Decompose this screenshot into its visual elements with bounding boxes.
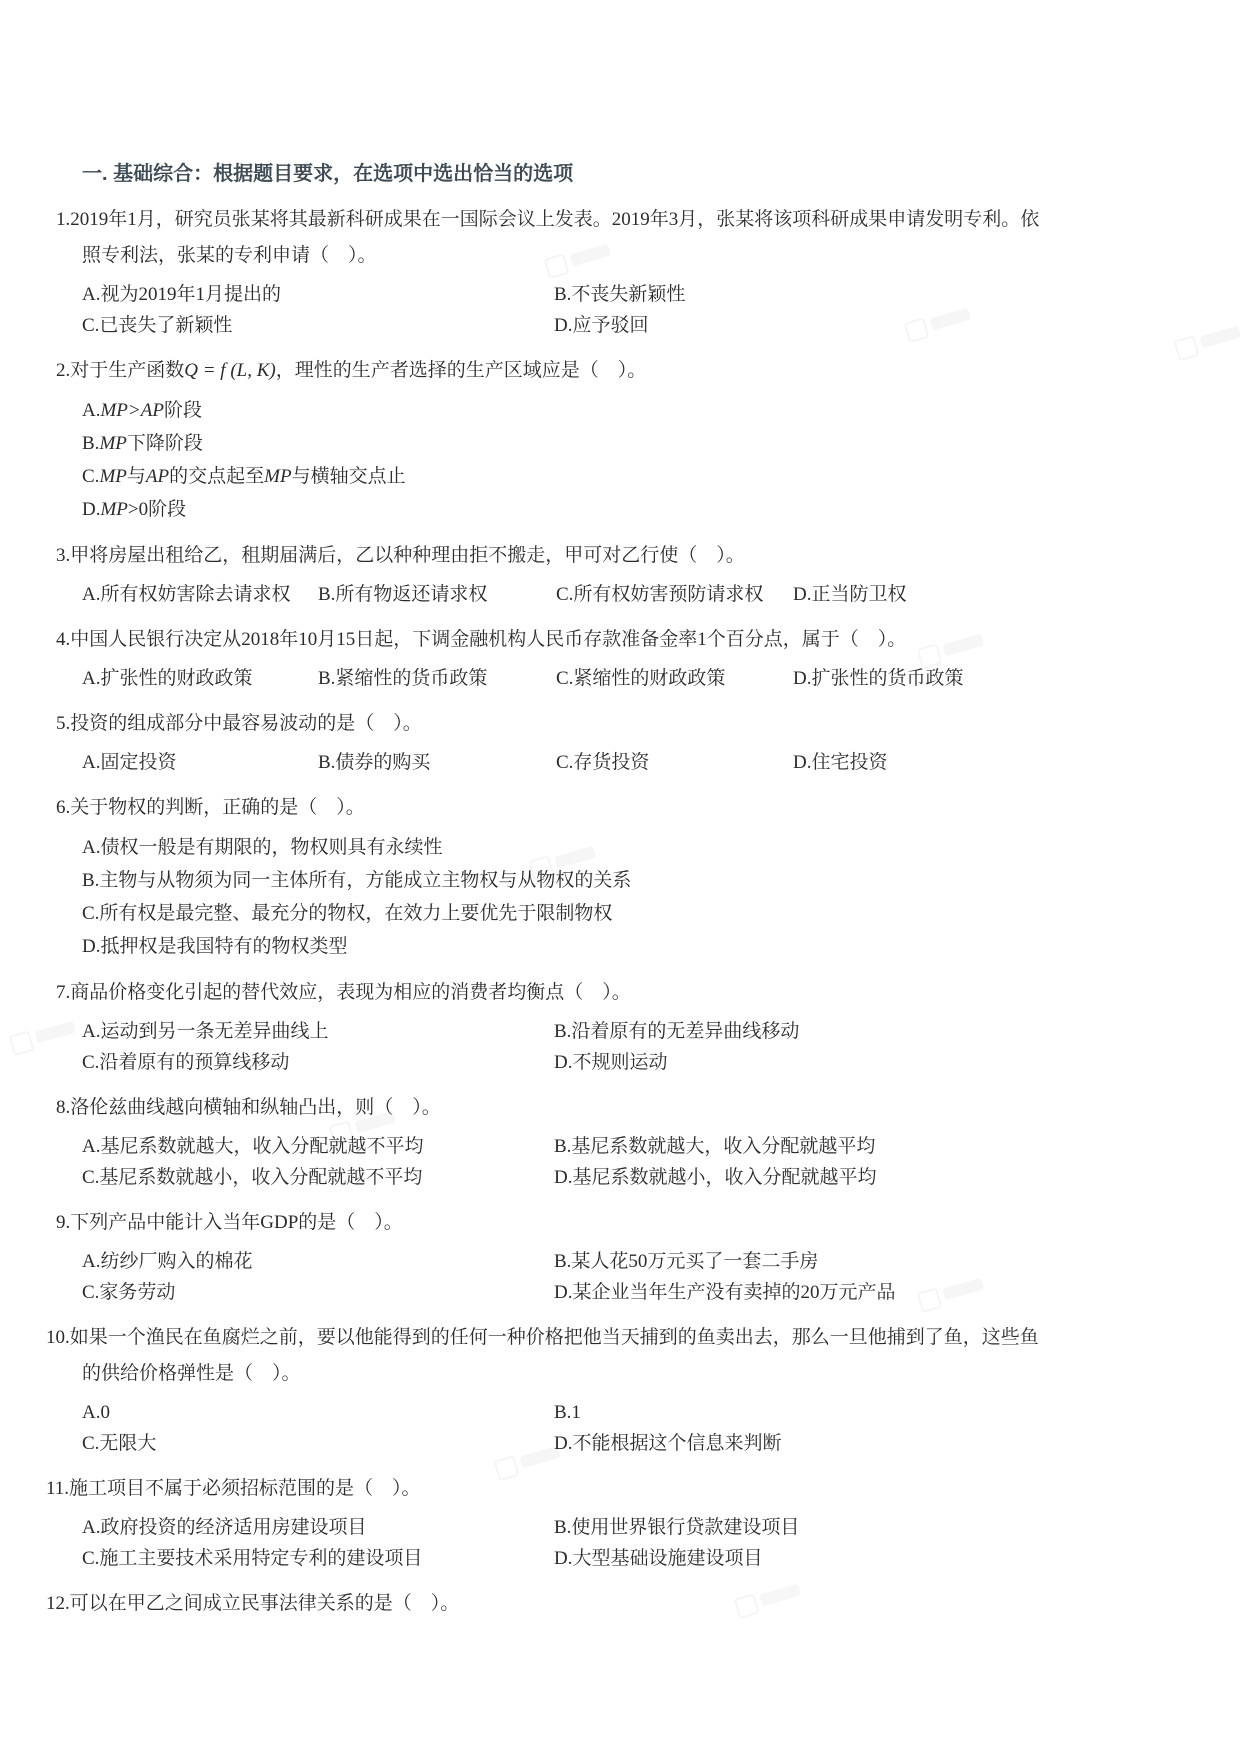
option-a: A.基尼系数就越大，收入分配就越不平均 [82,1131,554,1162]
option-a: A.所有权妨害除去请求权 [82,579,318,610]
option-b: B.使用世界银行贷款建设项目 [554,1512,1046,1543]
question-3: 3.甲将房屋出租给乙，租期届满后，乙以种种理由拒不搬走，甲可对乙行使（ ）。 A… [56,538,1046,610]
option-a: A.0 [82,1397,554,1428]
option-b: B.基尼系数就越大，收入分配就越平均 [554,1131,1046,1162]
question-11: 11.施工项目不属于必须招标范围的是（ ）。 A.政府投资的经济适用房建设项目 … [56,1471,1046,1574]
stem-formula: Q = f (L, K) [184,360,275,381]
question-12-stem: 12.可以在甲乙之间成立民事法律关系的是（ ）。 [56,1586,1046,1622]
stem-text: 2.对于生产函数 [56,360,184,381]
question-7-options: A.运动到另一条无差异曲线上 B.沿着原有的无差异曲线移动 C.沿着原有的预算线… [56,1016,1046,1078]
question-6: 6.关于物权的判断，正确的是（ ）。 A.债权一般是有期限的，物权则具有永续性 … [56,790,1046,963]
question-6-stem: 6.关于物权的判断，正确的是（ ）。 [56,790,1046,826]
question-3-options: A.所有权妨害除去请求权 B.所有物返还请求权 C.所有权妨害预防请求权 D.正… [56,579,1046,610]
question-10: 10.如果一个渔民在鱼腐烂之前，要以他能得到的任何一种价格把他当天捕到的鱼卖出去… [56,1320,1046,1459]
option-b: B.债券的购买 [318,747,556,778]
question-9: 9.下列产品中能计入当年GDP的是（ ）。 A.纺纱厂购入的棉花 B.某人花50… [56,1205,1046,1308]
option-b: B.紧缩性的货币政策 [318,663,556,694]
option-d: D.应予驳回 [554,310,1046,341]
question-6-options: A.债权一般是有期限的，物权则具有永续性 B.主物与从物须为同一主体所有，方能成… [56,831,1046,963]
option-c: C.施工主要技术采用特定专利的建设项目 [82,1543,554,1574]
question-9-options: A.纺纱厂购入的棉花 B.某人花50万元买了一套二手房 C.家务劳动 D.某企业… [56,1246,1046,1308]
question-2-options: A.MP>AP阶段 B.MP下降阶段 C.MP与AP的交点起至MP与横轴交点止 … [56,394,1046,526]
option-a: A.运动到另一条无差异曲线上 [82,1016,554,1047]
option-b: B.MP下降阶段 [82,427,1046,460]
question-12: 12.可以在甲乙之间成立民事法律关系的是（ ）。 [56,1586,1046,1622]
option-d: D.抵押权是我国特有的物权类型 [82,930,1046,963]
option-d: D.MP>0阶段 [82,493,1046,526]
question-5-options: A.固定投资 B.债券的购买 C.存货投资 D.住宅投资 [56,747,1046,778]
question-4: 4.中国人民银行决定从2018年10月15日起，下调金融机构人民币存款准备金率1… [56,622,1046,694]
question-2: 2.对于生产函数Q = f (L, K)，理性的生产者选择的生产区域应是（ ）。… [56,353,1046,526]
option-c: C.无限大 [82,1428,554,1459]
question-11-options: A.政府投资的经济适用房建设项目 B.使用世界银行贷款建设项目 C.施工主要技术… [56,1512,1046,1574]
question-5-stem: 5.投资的组成部分中最容易波动的是（ ）。 [56,706,1046,742]
option-c: C.家务劳动 [82,1277,554,1308]
question-7-stem: 7.商品价格变化引起的替代效应，表现为相应的消费者均衡点（ ）。 [56,975,1046,1011]
option-b: B.所有物返还请求权 [318,579,556,610]
option-b: B.1 [554,1397,1046,1428]
option-d: D.大型基础设施建设项目 [554,1543,1046,1574]
option-b: B.某人花50万元买了一套二手房 [554,1246,1046,1277]
option-d: D.基尼系数就越小，收入分配就越平均 [554,1162,1046,1193]
question-10-options: A.0 B.1 C.无限大 D.不能根据这个信息来判断 [56,1397,1046,1459]
question-8: 8.洛伦兹曲线越向横轴和纵轴凸出，则（ ）。 A.基尼系数就越大，收入分配就越不… [56,1090,1046,1193]
stem-text: ，理性的生产者选择的生产区域应是（ ）。 [276,360,647,381]
option-b: B.沿着原有的无差异曲线移动 [554,1016,1046,1047]
question-3-stem: 3.甲将房屋出租给乙，租期届满后，乙以种种理由拒不搬走，甲可对乙行使（ ）。 [56,538,1046,574]
option-d: D.某企业当年生产没有卖掉的20万元产品 [554,1277,1046,1308]
question-8-options: A.基尼系数就越大，收入分配就越不平均 B.基尼系数就越大，收入分配就越平均 C… [56,1131,1046,1193]
question-1-options: A.视为2019年1月提出的 B.不丧失新颖性 C.已丧失了新颖性 D.应予驳回 [56,279,1046,341]
question-7: 7.商品价格变化引起的替代效应，表现为相应的消费者均衡点（ ）。 A.运动到另一… [56,975,1046,1078]
option-c: C.所有权妨害预防请求权 [556,579,793,610]
watermark [1173,321,1240,361]
option-a: A.政府投资的经济适用房建设项目 [82,1512,554,1543]
option-b: B.不丧失新颖性 [554,279,1046,310]
question-4-options: A.扩张性的财政政策 B.紧缩性的货币政策 C.紧缩性的财政政策 D.扩张性的货… [56,663,1046,694]
option-a: A.债权一般是有期限的，物权则具有永续性 [82,831,1046,864]
question-2-stem: 2.对于生产函数Q = f (L, K)，理性的生产者选择的生产区域应是（ ）。 [56,353,1046,389]
option-c: C.基尼系数就越小，收入分配就越不平均 [82,1162,554,1193]
option-b: B.主物与从物须为同一主体所有，方能成立主物权与从物权的关系 [82,864,1046,897]
option-a: A.扩张性的财政政策 [82,663,318,694]
question-1: 1.2019年1月，研究员张某将其最新科研成果在一国际会议上发表。2019年3月… [56,202,1046,341]
option-c: C.MP与AP的交点起至MP与横轴交点止 [82,460,1046,493]
question-10-stem: 10.如果一个渔民在鱼腐烂之前，要以他能得到的任何一种价格把他当天捕到的鱼卖出去… [56,1320,1046,1392]
option-c: C.所有权是最完整、最充分的物权，在效力上要优先于限制物权 [82,897,1046,930]
question-1-stem: 1.2019年1月，研究员张某将其最新科研成果在一国际会议上发表。2019年3月… [56,202,1046,274]
document-body: 一. 基础综合：根据题目要求，在选项中选出恰当的选项 1.2019年1月，研究员… [56,160,1046,1622]
option-d: D.不能根据这个信息来判断 [554,1428,1046,1459]
option-c: C.紧缩性的财政政策 [556,663,793,694]
option-d: D.扩张性的货币政策 [793,663,1046,694]
question-4-stem: 4.中国人民银行决定从2018年10月15日起，下调金融机构人民币存款准备金率1… [56,622,1046,658]
question-5: 5.投资的组成部分中最容易波动的是（ ）。 A.固定投资 B.债券的购买 C.存… [56,706,1046,778]
option-d: D.正当防卫权 [793,579,1046,610]
option-d: D.不规则运动 [554,1047,1046,1078]
question-11-stem: 11.施工项目不属于必须招标范围的是（ ）。 [56,1471,1046,1507]
option-d: D.住宅投资 [793,747,1046,778]
option-c: C.沿着原有的预算线移动 [82,1047,554,1078]
option-c: C.已丧失了新颖性 [82,310,554,341]
question-8-stem: 8.洛伦兹曲线越向横轴和纵轴凸出，则（ ）。 [56,1090,1046,1126]
option-a: A.视为2019年1月提出的 [82,279,554,310]
option-a: A.固定投资 [82,747,318,778]
section-title: 一. 基础综合：根据题目要求，在选项中选出恰当的选项 [82,160,1046,188]
option-c: C.存货投资 [556,747,793,778]
exam-page: { "theme": { "title_color": "#3d4a53", "… [0,0,1240,1754]
question-9-stem: 9.下列产品中能计入当年GDP的是（ ）。 [56,1205,1046,1241]
option-a: A.纺纱厂购入的棉花 [82,1246,554,1277]
option-a: A.MP>AP阶段 [82,394,1046,427]
